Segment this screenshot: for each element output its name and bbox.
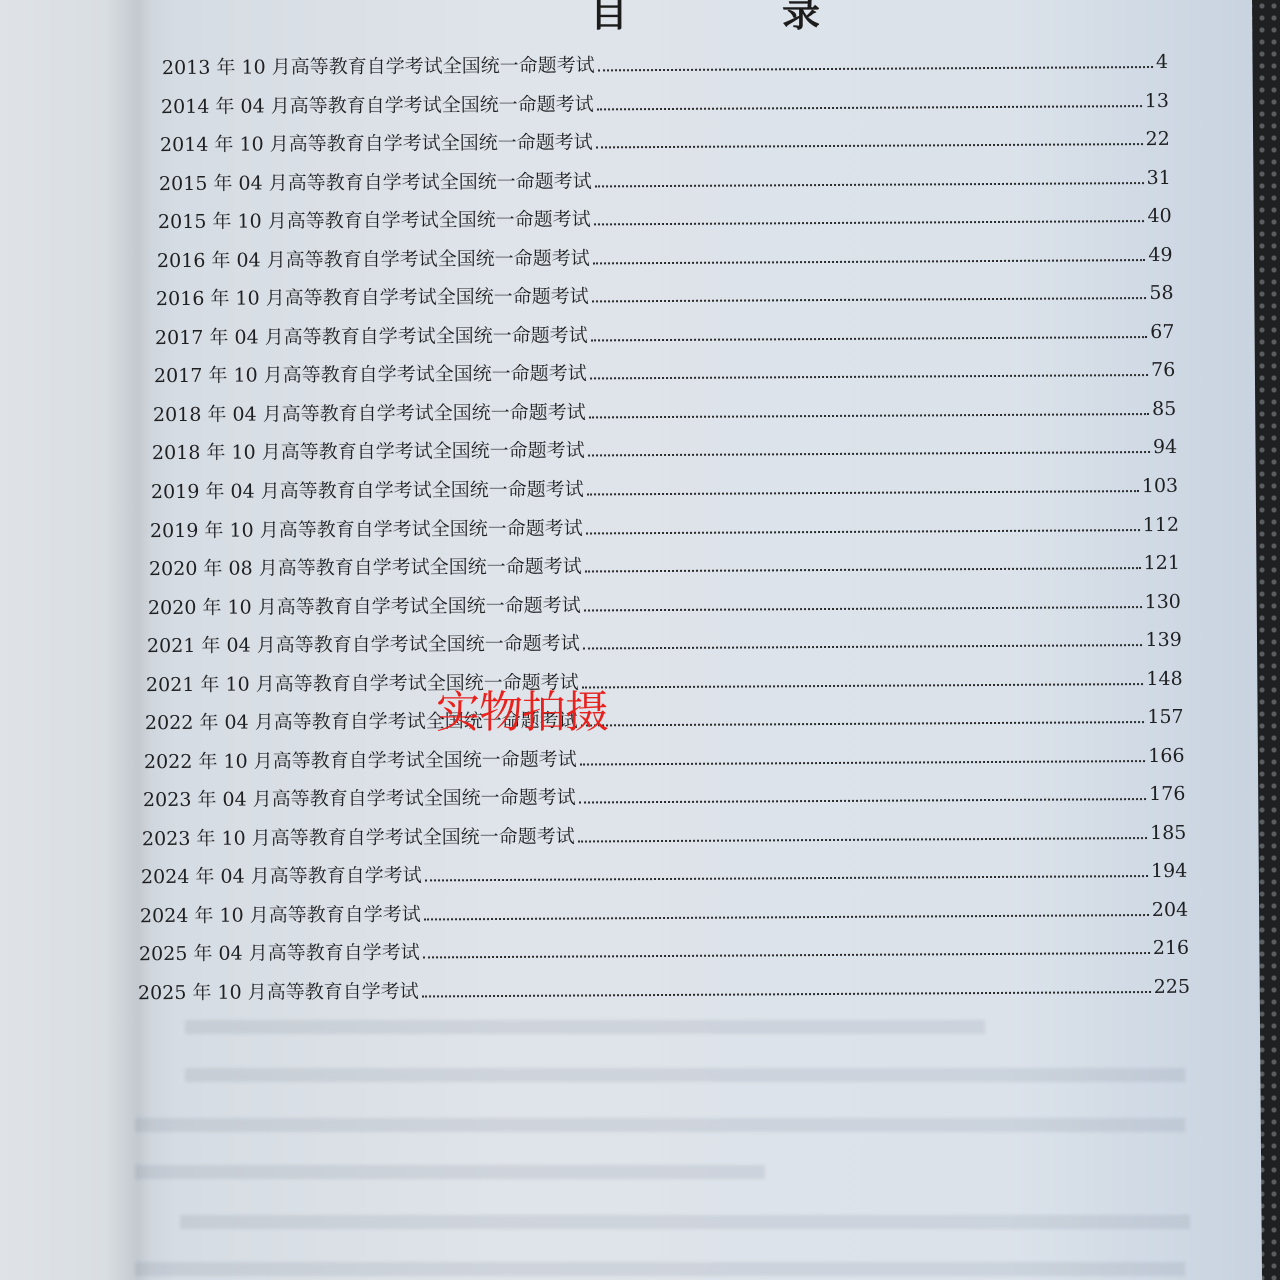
toc-entry-title: 2014 年 10 月高等教育自学考试全国统一命题考试 — [160, 128, 596, 158]
toc-entry-title: 2016 年 10 月高等教育自学考试全国统一命题考试 — [156, 282, 592, 312]
dot-leader — [423, 951, 1150, 958]
toc-entry: 2019 年 10 月高等教育自学考试全国统一命题考试112 — [150, 509, 1179, 541]
toc-entry-page-number: 13 — [1142, 89, 1169, 111]
dot-leader — [590, 373, 1148, 379]
toc-entry-page-number: 40 — [1144, 205, 1171, 227]
dot-leader — [584, 605, 1142, 611]
toc-entry-title: 2015 年 10 月高等教育自学考试全国统一命题考试 — [158, 205, 594, 235]
dot-leader — [582, 682, 1144, 688]
bleed-through-text — [135, 1118, 1185, 1132]
toc-entry-title: 2017 年 10 月高等教育自学考试全国统一命题考试 — [154, 359, 590, 389]
toc-entry-title: 2013 年 10 月高等教育自学考试全国统一命题考试 — [162, 50, 598, 80]
dot-leader — [595, 181, 1144, 187]
toc-entry-page-number: 85 — [1149, 398, 1176, 420]
toc-entry-title: 2025 年 10 月高等教育自学考试 — [138, 976, 422, 1005]
toc-entry: 2017 年 10 月高等教育自学考试全国统一命题考试76 — [154, 355, 1175, 387]
dot-leader — [587, 489, 1139, 495]
toc-entry-page-number: 157 — [1144, 706, 1183, 728]
toc-entry: 2016 年 10 月高等教育自学考试全国统一命题考试58 — [156, 278, 1174, 310]
toc-entry: 2023 年 10 月高等教育自学考试全国统一命题考试185 — [142, 818, 1186, 850]
toc-entry-page-number: 185 — [1147, 822, 1186, 844]
dot-leader — [592, 296, 1147, 302]
toc-entry-page-number: 4 — [1153, 51, 1168, 73]
toc-entry: 2024 年 10 月高等教育自学考试204 — [140, 895, 1188, 927]
toc-entry-title: 2019 年 04 月高等教育自学考试全国统一命题考试 — [151, 474, 587, 504]
toc-entry: 2021 年 10 月高等教育自学考试全国统一命题考试148 — [146, 663, 1183, 695]
toc-entry-page-number: 176 — [1146, 783, 1185, 805]
watermark-label: 实物拍摄 — [436, 676, 608, 740]
toc-entry-page-number: 112 — [1140, 513, 1179, 535]
toc-entry-title: 2025 年 04 月高等教育自学考试 — [139, 938, 423, 967]
toc-entry-title: 2018 年 04 月高等教育自学考试全国统一命题考试 — [153, 397, 589, 427]
toc-entry: 2018 年 04 月高等教育自学考试全国统一命题考试85 — [153, 394, 1176, 426]
dot-leader — [581, 720, 1145, 726]
toc-entry-page-number: 49 — [1145, 244, 1172, 266]
toc-entry-page-number: 121 — [1141, 552, 1180, 574]
table-of-contents: 2013 年 10 月高等教育自学考试全国统一命题考试42014 年 04 月高… — [0, 0, 1262, 1010]
toc-entry-title: 2021 年 04 月高等教育自学考试全国统一命题考试 — [147, 629, 583, 659]
toc-entry: 2020 年 10 月高等教育自学考试全国统一命题考试130 — [148, 586, 1181, 618]
toc-entry: 2019 年 04 月高等教育自学考试全国统一命题考试103 — [151, 471, 1178, 503]
dot-leader — [424, 913, 1149, 920]
dot-leader — [588, 450, 1150, 456]
toc-entry-page-number: 94 — [1150, 436, 1177, 458]
toc-entry-page-number: 216 — [1150, 937, 1189, 959]
dot-leader — [598, 65, 1153, 71]
toc-entry: 2016 年 04 月高等教育自学考试全国统一命题考试49 — [157, 240, 1173, 272]
toc-entry: 2025 年 04 月高等教育自学考试216 — [139, 933, 1189, 965]
toc-entry-page-number: 194 — [1148, 860, 1187, 882]
bleed-through-text — [135, 1165, 765, 1179]
dot-leader — [597, 104, 1142, 110]
toc-entry: 2024 年 04 月高等教育自学考试194 — [141, 856, 1187, 888]
toc-entry-page-number: 225 — [1151, 976, 1190, 998]
dot-leader — [594, 219, 1145, 225]
toc-entry: 2018 年 10 月高等教育自学考试全国统一命题考试94 — [152, 432, 1177, 464]
dot-leader — [579, 797, 1146, 803]
toc-entry-page-number: 130 — [1141, 590, 1180, 612]
bleed-through-text — [135, 1262, 1185, 1276]
dot-leader — [583, 643, 1143, 649]
dot-leader — [585, 566, 1141, 572]
toc-entry-page-number: 204 — [1149, 899, 1188, 921]
toc-entry-title: 2018 年 10 月高等教育自学考试全国统一命题考试 — [152, 436, 588, 466]
toc-entry: 2020 年 08 月高等教育自学考试全国统一命题考试121 — [149, 548, 1180, 580]
dot-leader — [586, 528, 1140, 534]
toc-entry: 2015 年 04 月高等教育自学考试全国统一命题考试31 — [159, 163, 1171, 195]
toc-entry-title: 2017 年 04 月高等教育自学考试全国统一命题考试 — [155, 320, 591, 350]
toc-entry-title: 2016 年 04 月高等教育自学考试全国统一命题考试 — [157, 243, 593, 273]
dot-leader — [591, 335, 1148, 341]
bleed-through-text — [180, 1215, 1190, 1229]
bleed-through-text — [185, 1068, 1185, 1082]
toc-entry: 2017 年 04 月高等教育自学考试全国统一命题考试67 — [155, 317, 1175, 349]
toc-entry: 2023 年 04 月高等教育自学考试全国统一命题考试176 — [143, 779, 1186, 811]
toc-entry-title: 2024 年 04 月高等教育自学考试 — [141, 861, 425, 890]
toc-entry: 2015 年 10 月高等教育自学考试全国统一命题考试40 — [158, 201, 1172, 233]
dot-leader — [422, 990, 1151, 997]
toc-entry: 2025 年 10 月高等教育自学考试225 — [138, 972, 1190, 1004]
toc-entry-title: 2024 年 10 月高等教育自学考试 — [140, 899, 424, 928]
toc-entry-page-number: 139 — [1142, 629, 1181, 651]
toc-entry-title: 2020 年 08 月高等教育自学考试全国统一命题考试 — [149, 552, 585, 582]
toc-entry-title: 2020 年 10 月高等教育自学考试全国统一命题考试 — [148, 590, 584, 620]
dot-leader — [596, 142, 1143, 148]
toc-entry: 2021 年 04 月高等教育自学考试全国统一命题考试139 — [147, 625, 1182, 657]
toc-entry-title: 2023 年 04 月高等教育自学考试全国统一命题考试 — [143, 783, 579, 813]
toc-entry-page-number: 148 — [1143, 667, 1182, 689]
toc-entry-page-number: 31 — [1143, 167, 1170, 189]
toc-entry-page-number: 58 — [1146, 282, 1173, 304]
dot-leader — [580, 759, 1146, 765]
toc-entry-page-number: 76 — [1148, 359, 1175, 381]
toc-entry: 2014 年 04 月高等教育自学考试全国统一命题考试13 — [161, 85, 1169, 117]
toc-entry-title: 2023 年 10 月高等教育自学考试全国统一命题考试 — [142, 821, 578, 851]
toc-entry-page-number: 22 — [1143, 128, 1170, 150]
dot-leader — [589, 412, 1149, 418]
dot-leader — [425, 874, 1148, 881]
toc-entry-page-number: 67 — [1147, 321, 1174, 343]
bleed-through-text — [185, 1020, 985, 1034]
toc-entry: 2022 年 04 月高等教育自学考试全国统一命题考试157 — [145, 702, 1184, 734]
toc-entry-title: 2014 年 04 月高等教育自学考试全国统一命题考试 — [161, 89, 597, 119]
toc-entry: 2013 年 10 月高等教育自学考试全国统一命题考试4 — [162, 47, 1168, 79]
dot-leader — [578, 836, 1147, 842]
toc-entry: 2014 年 10 月高等教育自学考试全国统一命题考试22 — [160, 124, 1170, 156]
toc-entry-title: 2019 年 10 月高等教育自学考试全国统一命题考试 — [150, 513, 586, 543]
toc-entry-page-number: 103 — [1139, 475, 1178, 497]
toc-entry: 2022 年 10 月高等教育自学考试全国统一命题考试166 — [144, 741, 1185, 773]
dot-leader — [593, 258, 1146, 264]
book-page: 目 录 2013 年 10 月高等教育自学考试全国统一命题考试42014 年 0… — [0, 0, 1262, 1280]
toc-entry-page-number: 166 — [1145, 745, 1184, 767]
toc-entry-title: 2022 年 10 月高等教育自学考试全国统一命题考试 — [144, 744, 580, 774]
toc-entry-title: 2015 年 04 月高等教育自学考试全国统一命题考试 — [159, 166, 595, 196]
